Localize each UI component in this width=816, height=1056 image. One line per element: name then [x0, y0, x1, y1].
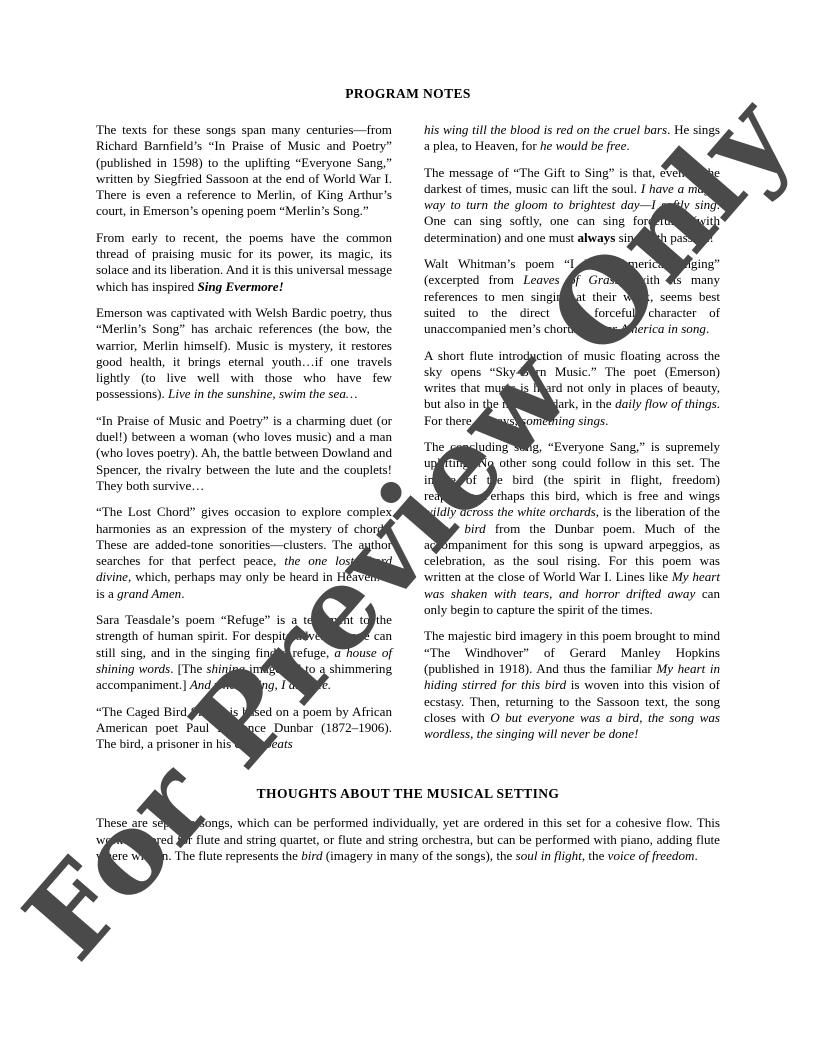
- two-column-layout: The texts for these songs span many cent…: [96, 122, 720, 762]
- text-run: caged bird: [424, 521, 486, 536]
- paragraph: From early to recent, the poems have the…: [96, 230, 392, 295]
- paragraph: “In Praise of Music and Poetry” is a cha…: [96, 413, 392, 494]
- text-run: wildly across the white orchards: [424, 504, 596, 519]
- page-title: PROGRAM NOTES: [96, 86, 720, 102]
- text-run: (imagery in many of the songs), the: [323, 848, 516, 863]
- text-run: , the: [582, 848, 608, 863]
- text-run: daily flow of things: [615, 396, 717, 411]
- paragraph: his wing till the blood is red on the cr…: [424, 122, 720, 155]
- paragraph: Sara Teasdale’s poem “Refuge” is a testa…: [96, 612, 392, 693]
- text-run: always: [577, 230, 615, 245]
- text-run: beats: [265, 736, 293, 751]
- paragraph: “The Caged Bird Sings” is based on a poe…: [96, 704, 392, 753]
- paragraph: The message of “The Gift to Sing” is tha…: [424, 165, 720, 246]
- text-run: shining: [206, 661, 245, 676]
- text-run: .: [181, 586, 184, 601]
- paragraph: Walt Whitman’s poem “I Hear America Sing…: [424, 256, 720, 337]
- paragraph: These are separate songs, which can be p…: [96, 815, 720, 864]
- section-body: These are separate songs, which can be p…: [96, 815, 720, 864]
- text-run: Leaves of Grass: [523, 272, 619, 287]
- text-run: I hear America in song: [585, 321, 706, 336]
- text-run: soul in flight: [516, 848, 582, 863]
- right-column: his wing till the blood is red on the cr…: [424, 122, 720, 752]
- text-run: And when I sing, I am free.: [190, 677, 331, 692]
- text-run: he would be free: [540, 138, 626, 153]
- text-run: The concluding song, “Everyone Sang,” is…: [424, 439, 720, 503]
- text-run: “In Praise of Music and Poetry” is a cha…: [96, 413, 392, 493]
- text-run: , is the liberation of the: [596, 504, 720, 519]
- text-run: The texts for these songs span many cent…: [96, 122, 392, 218]
- paragraph: The majestic bird imagery in this poem b…: [424, 628, 720, 742]
- text-run: bird: [301, 848, 322, 863]
- text-run: grand Amen: [117, 586, 181, 601]
- paragraph: The texts for these songs span many cent…: [96, 122, 392, 220]
- left-column: The texts for these songs span many cent…: [96, 122, 392, 762]
- text-run: sing with passion!: [615, 230, 714, 245]
- paragraph: A short flute introduction of music floa…: [424, 348, 720, 429]
- document-page: PROGRAM NOTES The texts for these songs …: [0, 0, 816, 1056]
- text-run: .: [626, 138, 629, 153]
- paragraph: Emerson was captivated with Welsh Bardic…: [96, 305, 392, 403]
- text-run: his wing till the blood is red on the cr…: [424, 122, 667, 137]
- text-run: voice of freedom: [608, 848, 695, 863]
- section-heading: THOUGHTS ABOUT THE MUSICAL SETTING: [96, 786, 720, 802]
- paragraph: The concluding song, “Everyone Sang,” is…: [424, 439, 720, 618]
- text-run: Sing Evermore!: [197, 279, 283, 294]
- text-run: Live in the sunshine, swim the sea…: [168, 386, 357, 401]
- text-run: something sings: [521, 413, 605, 428]
- text-run: .: [706, 321, 709, 336]
- text-run: .: [605, 413, 608, 428]
- text-run: “The Caged Bird Sings” is based on a poe…: [96, 704, 392, 752]
- paragraph: “The Lost Chord” gives occasion to explo…: [96, 504, 392, 602]
- text-run: .: [694, 848, 697, 863]
- text-run: . [The: [170, 661, 206, 676]
